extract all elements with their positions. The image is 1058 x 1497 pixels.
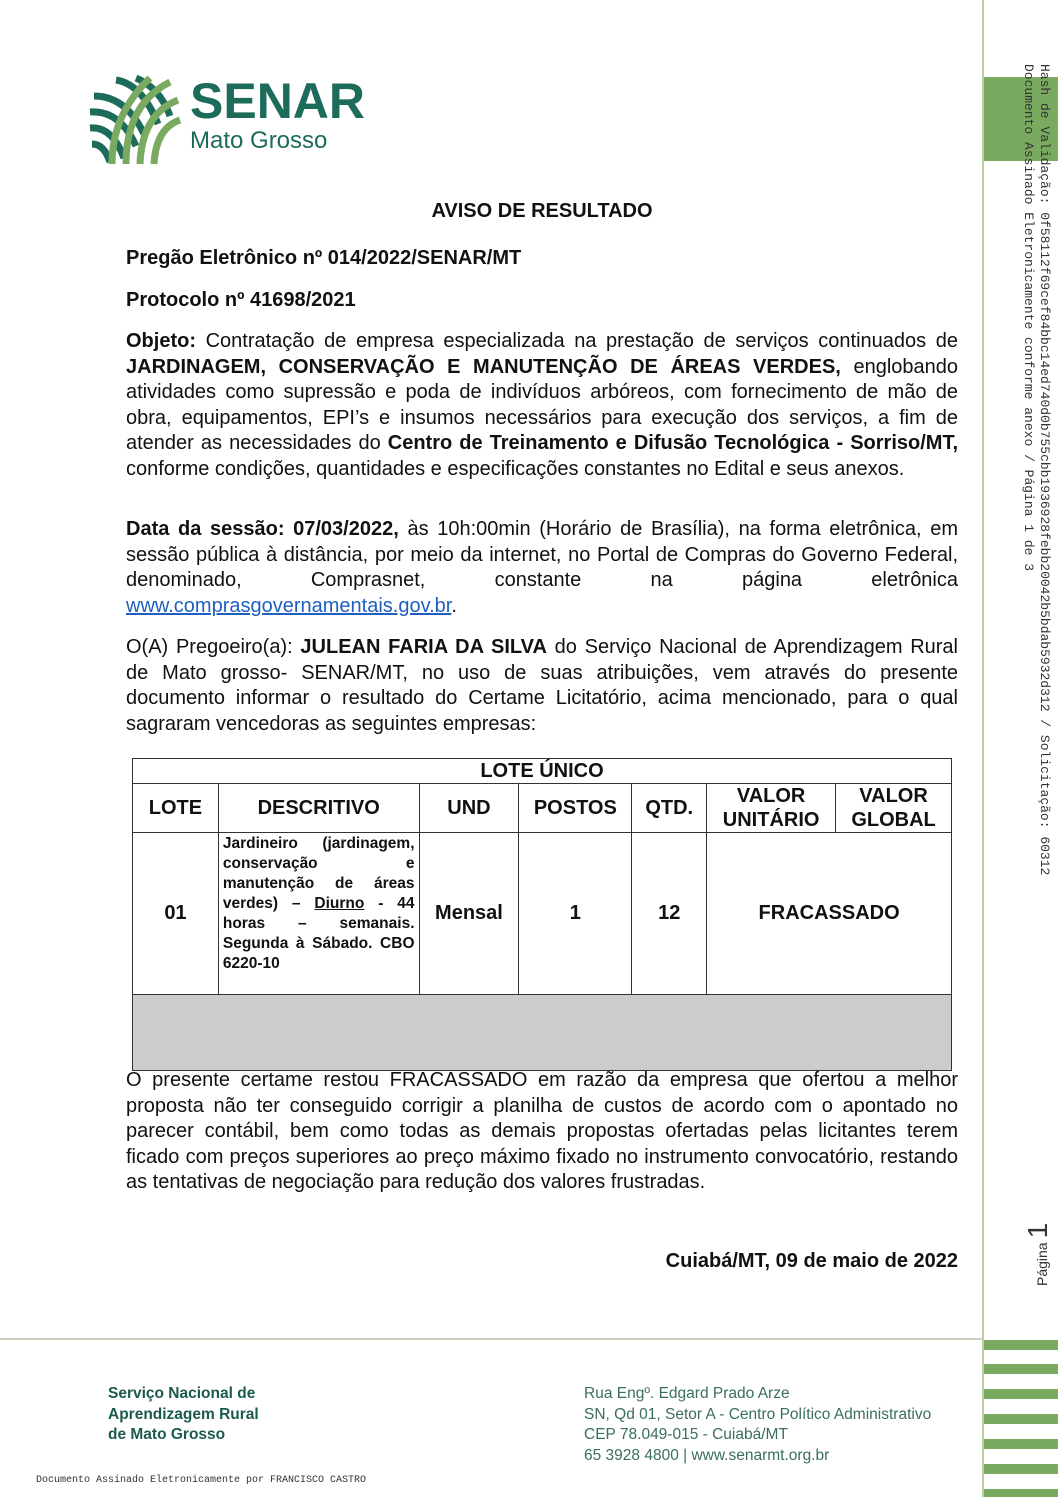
validation-hash: Hash de Validação: 0f58112f69cef84bbc14e… [1037, 64, 1052, 875]
page-number-value: 1 [1022, 1223, 1053, 1239]
cell-postos: 1 [519, 833, 632, 995]
objeto-paragraph: Objeto: Contratação de empresa especiali… [126, 329, 958, 482]
table-row: 01 Jardineiro (jardinagem, conservação e… [133, 833, 952, 995]
comprasgovernamentais-link[interactable]: www.comprasgovernamentais.gov.br [126, 595, 451, 617]
cell-qtd: 12 [632, 833, 707, 995]
col-header-valor-unitario: VALOR UNITÁRIO [707, 784, 836, 833]
electronic-signature: Documento Assinado Eletronicamente por F… [36, 1475, 366, 1486]
place-and-date: Cuiabá/MT, 09 de maio de 2022 [126, 1250, 958, 1273]
signature-notice: Documento Assinado Eletronicamente confo… [1021, 64, 1036, 571]
sessao-paragraph: Data da sessão: 07/03/2022, às 10h:00min… [126, 517, 958, 619]
pregoeiro-name: JULEAN FARIA DA SILVA [300, 636, 547, 658]
margin-rule [982, 0, 984, 1497]
result-table: LOTE ÚNICO LOTE DESCRITIVO UND POSTOS QT… [132, 758, 952, 1071]
pregao-number: Pregão Eletrônico nº 014/2022/SENAR/MT [126, 246, 958, 272]
col-header-valor-global: VALOR GLOBAL [836, 784, 952, 833]
cell-valor-status: FRACASSADO [707, 833, 952, 995]
sessao-date: Data da sessão: 07/03/2022, [126, 518, 399, 540]
sessao-text: . [451, 595, 457, 617]
pregoeiro-text: O(A) Pregoeiro(a): [126, 636, 300, 658]
col-header-qtd: QTD. [632, 784, 707, 833]
objeto-service: JARDINAGEM, CONSERVAÇÃO E MANUTENÇÃO DE … [126, 356, 841, 378]
col-header-und: UND [419, 784, 519, 833]
result-paragraph: O presente certame restou FRACASSADO em … [126, 1068, 958, 1196]
brand-subtitle: Mato Grosso [190, 127, 327, 155]
col-header-descritivo: DESCRITIVO [218, 784, 419, 833]
cell-und: Mensal [419, 833, 519, 995]
page-label: Página [1034, 1242, 1050, 1286]
footer-address: Rua Engº. Edgard Prado Arze SN, Qd 01, S… [584, 1384, 931, 1466]
table-caption: LOTE ÚNICO [133, 759, 952, 784]
col-header-lote: LOTE [133, 784, 219, 833]
pregoeiro-paragraph: O(A) Pregoeiro(a): JULEAN FARIA DA SILVA… [126, 635, 958, 737]
col-header-postos: POSTOS [519, 784, 632, 833]
footer-organization: Serviço Nacional de Aprendizagem Rural d… [108, 1384, 259, 1446]
objeto-label: Objeto: [126, 330, 196, 352]
green-stripes-decoration [984, 1340, 1058, 1497]
document-title: AVISO DE RESULTADO [126, 200, 958, 223]
senar-emblem-icon [86, 74, 182, 166]
brand-name: SENAR [190, 72, 365, 130]
objeto-location: Centro de Treinamento e Difusão Tecnológ… [388, 432, 958, 454]
cell-descritivo: Jardineiro (jardinagem, conservação e ma… [218, 833, 419, 995]
protocolo-number: Protocolo nº 41698/2021 [126, 288, 958, 314]
page-number: Página1 [1022, 1223, 1054, 1286]
footer-divider [0, 1338, 984, 1340]
objeto-text: conforme condições, quantidades e especi… [126, 458, 904, 480]
objeto-text: Contratação de empresa especializada na … [196, 330, 958, 352]
senar-logo: SENAR Mato Grosso [86, 74, 386, 169]
cell-lote: 01 [133, 833, 219, 995]
table-empty-row [133, 995, 952, 1071]
